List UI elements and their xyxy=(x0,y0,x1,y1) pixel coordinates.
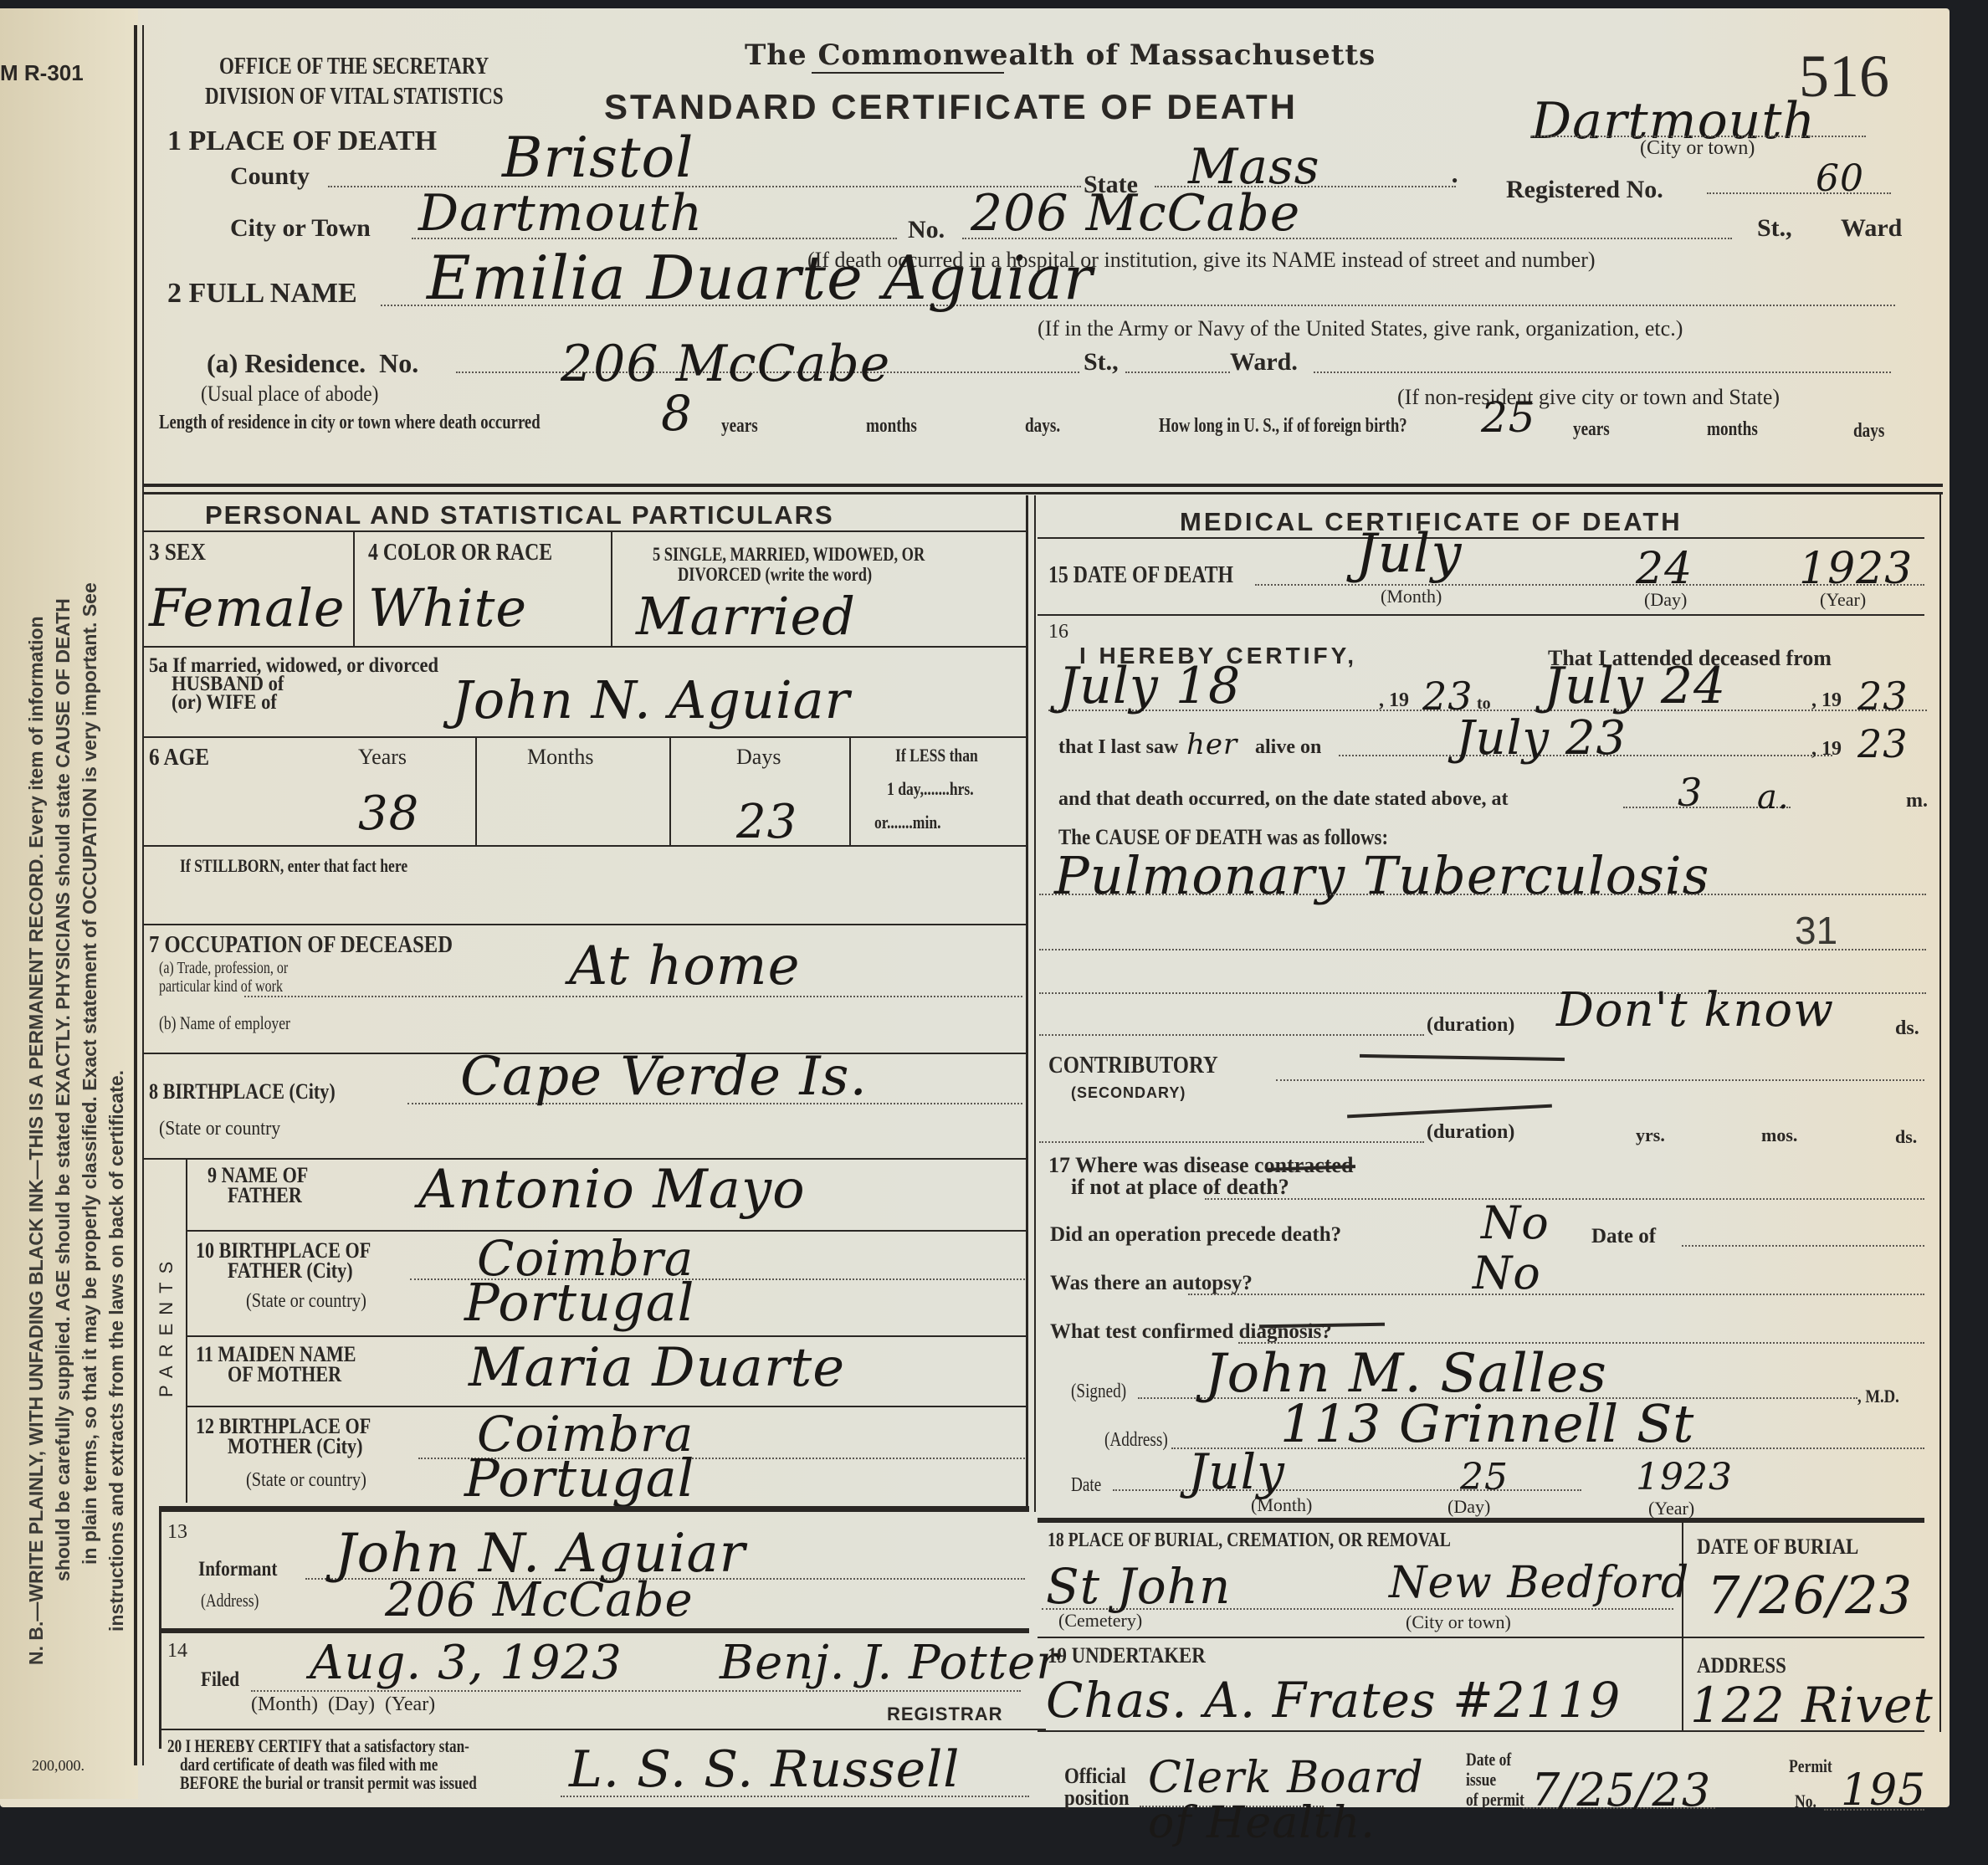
cause-of-death-value[interactable]: Pulmonary Tuberculosis xyxy=(1054,845,1709,906)
from-year-prefix: , 19 xyxy=(1379,689,1409,712)
informant-address[interactable]: 206 McCabe xyxy=(385,1573,694,1627)
father-bp-state-label: (State or country) xyxy=(246,1290,366,1313)
rule-before-20 xyxy=(159,1729,1046,1730)
street-value[interactable]: 206 McCabe xyxy=(971,184,1300,243)
permit-date-label-3: of permit xyxy=(1466,1789,1524,1811)
less-label-2: 1 day,.......hrs. xyxy=(887,778,974,800)
duration-value[interactable]: Don't know xyxy=(1556,983,1834,1038)
residence-value[interactable]: 206 McCabe xyxy=(561,335,890,393)
side-note-line4: instructions and extracts from the laws … xyxy=(105,1070,128,1632)
duration-line xyxy=(1039,1034,1424,1036)
office-line2: DIVISION OF VITAL STATISTICS xyxy=(205,84,504,110)
marital-value[interactable]: Married xyxy=(636,586,856,647)
registered-value[interactable]: 60 xyxy=(1816,157,1864,200)
sign-date-label: Date xyxy=(1071,1474,1101,1497)
permit-date-label-2: issue xyxy=(1466,1769,1496,1791)
center-divider-1 xyxy=(1026,495,1028,1512)
filed-line xyxy=(251,1690,1021,1692)
attended-to[interactable]: July 24 xyxy=(1544,657,1726,715)
certify20-line3: BEFORE the burial or transit permit was … xyxy=(180,1772,477,1794)
race-marital-divider xyxy=(611,530,612,648)
less-label-3: or.......min. xyxy=(874,812,941,833)
sign-month[interactable]: July xyxy=(1188,1443,1285,1500)
contributory-line xyxy=(1276,1079,1924,1081)
occupation-a-2: particular kind of work xyxy=(159,977,283,997)
burial-date-value[interactable]: 7/26/23 xyxy=(1707,1565,1913,1626)
mother-name-value[interactable]: Maria Duarte xyxy=(469,1337,845,1399)
death-day[interactable]: 24 xyxy=(1636,544,1693,594)
sign-year[interactable]: 1923 xyxy=(1636,1456,1733,1499)
army-note: (If in the Army or Navy of the United St… xyxy=(1038,316,1683,341)
occupation-a-1: (a) Trade, profession, or xyxy=(159,959,288,978)
sign-year-caption: (Year) xyxy=(1648,1498,1694,1519)
physician-address[interactable]: 113 Grinnell St xyxy=(1280,1393,1694,1454)
occupation-b: (b) Name of employer xyxy=(159,1012,290,1034)
border-left-outer xyxy=(134,25,137,1765)
birthplace-value[interactable]: Cape Verde Is. xyxy=(460,1046,868,1108)
county-label: County xyxy=(230,162,310,191)
cause-code: 31 xyxy=(1795,908,1837,953)
age-years-value[interactable]: 38 xyxy=(358,786,419,841)
rule-after-date xyxy=(1038,614,1924,616)
residence-st-label: St., xyxy=(1084,348,1119,377)
last-saw-year[interactable]: 23 xyxy=(1857,721,1909,766)
lower-left-border xyxy=(159,1506,161,1749)
undertaker-address-label: ADDRESS xyxy=(1697,1653,1786,1678)
center-divider-2 xyxy=(1034,495,1036,1512)
death-year[interactable]: 1923 xyxy=(1799,544,1913,594)
occupation-value[interactable]: At home xyxy=(569,935,800,997)
section-rule-bottom xyxy=(144,492,1943,494)
place-of-death-label: 1 PLACE OF DEATH xyxy=(167,126,437,157)
date-of-label: Date of xyxy=(1591,1225,1656,1248)
mother-name-label-2: OF MOTHER xyxy=(228,1362,341,1387)
burial-city-caption: (City or town) xyxy=(1406,1611,1511,1633)
operation-value[interactable]: No xyxy=(1481,1196,1550,1249)
form-number: M R-301 xyxy=(0,60,84,86)
side-note-line3: in plain terms, so that it may be proper… xyxy=(79,582,101,1565)
length-label: Length of residence in city or town wher… xyxy=(159,412,541,434)
duration2-label: (duration) xyxy=(1427,1121,1514,1144)
cause-line-1 xyxy=(1039,894,1926,895)
occurred-ampm[interactable]: a. xyxy=(1757,778,1790,817)
residence-ward-line xyxy=(1314,371,1891,373)
sign-day[interactable]: 25 xyxy=(1460,1456,1509,1499)
autopsy-label: Was there an autopsy? xyxy=(1050,1272,1253,1295)
ds2-label: ds. xyxy=(1895,1126,1917,1148)
spouse-label-3: (or) WIFE of xyxy=(172,691,277,715)
us-years-value[interactable]: 25 xyxy=(1481,393,1536,442)
age-days-value[interactable]: 23 xyxy=(736,795,797,849)
full-name-label: 2 FULL NAME xyxy=(167,278,357,310)
header-city-caption: (City or town) xyxy=(1640,137,1755,160)
us-days-label: days xyxy=(1853,420,1884,443)
father-bp-country[interactable]: Portugal xyxy=(464,1272,695,1333)
residence-label: (a) Residence. No. xyxy=(207,348,418,379)
cause-line-2 xyxy=(1039,949,1926,950)
operation-label: Did an operation precede death? xyxy=(1050,1223,1341,1247)
county-value[interactable]: Bristol xyxy=(502,126,694,190)
undertaker-label: 19 UNDERTAKER xyxy=(1048,1643,1206,1668)
age-years-label: Years xyxy=(358,745,407,770)
certificate-title: STANDARD CERTIFICATE OF DEATH xyxy=(604,87,1298,127)
rule-personal-title xyxy=(144,530,1026,532)
duration2-line xyxy=(1039,1141,1424,1143)
age-days-label: Days xyxy=(736,745,781,770)
ward-label: Ward xyxy=(1841,214,1902,243)
marital-label-2: DIVORCED (write the word) xyxy=(678,564,872,586)
side-note-line2: should be carefully supplied. AGE should… xyxy=(52,598,74,1581)
month-caption: (Month) xyxy=(1381,586,1442,607)
less-label-1: If LESS than xyxy=(895,745,978,766)
rule-before-permit xyxy=(1038,1730,1924,1732)
age-days-divider xyxy=(849,738,851,845)
age-years-divider xyxy=(475,738,477,845)
rule-before-burial xyxy=(1038,1518,1924,1523)
race-label: 4 COLOR OR RACE xyxy=(368,540,552,566)
permit-date-value[interactable]: 7/25/23 xyxy=(1531,1764,1711,1816)
race-value[interactable]: White xyxy=(368,577,527,638)
filed-num: 14 xyxy=(167,1640,187,1663)
undertaker-value[interactable]: Chas. A. Frates #2119 xyxy=(1046,1672,1621,1729)
father-bp-label-2: FATHER (City) xyxy=(228,1258,353,1283)
cemetery-caption: (Cemetery) xyxy=(1058,1610,1142,1632)
birthplace-sub: (State or country xyxy=(159,1118,280,1140)
residence-ward-label: Ward. xyxy=(1230,348,1298,377)
last-saw-date[interactable]: July 23 xyxy=(1456,711,1627,766)
nonresident-note: (If non-resident give city or town and S… xyxy=(1397,385,1780,410)
us-label: How long in U. S., if of foreign birth? xyxy=(1159,415,1407,438)
autopsy-line xyxy=(1188,1294,1924,1295)
stillborn-label: If STILLBORN, enter that fact here xyxy=(180,855,407,877)
permit-date-label-1: Date of xyxy=(1466,1749,1511,1770)
informant-label: Informant xyxy=(198,1558,277,1581)
sign-date-line xyxy=(1113,1489,1581,1491)
filed-date-value[interactable]: Aug. 3, 1923 xyxy=(310,1636,623,1690)
permit-number-value[interactable]: 195 xyxy=(1841,1765,1926,1816)
length-days-label: days. xyxy=(1025,415,1060,438)
sex-value[interactable]: Female xyxy=(149,577,346,638)
length-years-label: years xyxy=(721,415,758,438)
cemetery-value[interactable]: St John xyxy=(1046,1558,1231,1615)
burial-place-label: 18 PLACE OF BURIAL, CREMATION, OR REMOVA… xyxy=(1048,1529,1451,1552)
parents-vertical-label: PARENTS xyxy=(156,1253,177,1397)
age-months-label: Months xyxy=(527,745,593,770)
marital-label-1: 5 SINGLE, MARRIED, WIDOWED, OR xyxy=(653,544,925,566)
day-caption: (Day) xyxy=(1644,589,1687,611)
permit-label-2: No. xyxy=(1795,1791,1816,1812)
autopsy-value[interactable]: No xyxy=(1473,1247,1541,1299)
occurred-label: and that death occurred, on the date sta… xyxy=(1058,788,1509,811)
residence-sub-label: (Usual place of abode) xyxy=(201,382,378,407)
attended-from[interactable]: July 18 xyxy=(1058,657,1241,715)
filed-caption: (Month) (Day) (Year) xyxy=(251,1693,435,1716)
us-years-label: years xyxy=(1573,418,1610,441)
sign-month-caption: (Month) xyxy=(1251,1494,1312,1516)
sign-day-caption: (Day) xyxy=(1447,1496,1490,1518)
burial-city-value[interactable]: New Bedford xyxy=(1389,1558,1689,1608)
contracted-label-2: if not at place of death? xyxy=(1071,1175,1289,1200)
no-label: No. xyxy=(908,216,945,244)
rule-before-informant xyxy=(159,1506,1029,1512)
physician-address-label: (Address) xyxy=(1104,1429,1168,1452)
occurred-hour[interactable]: 3 xyxy=(1678,770,1703,815)
burial-date-label: DATE OF BURIAL xyxy=(1697,1535,1858,1560)
rule-after-stillborn xyxy=(144,924,1026,925)
mother-bp-label-2: MOTHER (City) xyxy=(228,1434,362,1459)
year-caption: (Year) xyxy=(1820,589,1866,611)
filed-label: Filed xyxy=(201,1668,239,1692)
border-left-inner xyxy=(142,25,144,1765)
mos-label: mos. xyxy=(1761,1125,1797,1146)
secondary-label: (SECONDARY) xyxy=(1071,1084,1186,1102)
commonwealth-underline xyxy=(812,72,1004,74)
parents-divider xyxy=(186,1160,187,1503)
official-label-2: position xyxy=(1064,1786,1130,1811)
rule-after-sex xyxy=(144,646,1026,648)
registrar-label: REGISTRAR xyxy=(887,1704,1003,1725)
full-name-value[interactable]: Emilia Duarte Aguiar xyxy=(427,243,1093,313)
rule-before-filed xyxy=(159,1628,1029,1633)
item-16-num: 16 xyxy=(1048,621,1068,643)
signed-label: (Signed) xyxy=(1071,1381,1126,1403)
commonwealth-title: The Commonwealth of Massachusetts xyxy=(745,38,1376,72)
duration-label: (duration) xyxy=(1427,1014,1514,1037)
rule-after-age xyxy=(144,845,1026,847)
office-line1: OFFICE OF THE SECRETARY xyxy=(219,54,489,80)
border-right xyxy=(1939,494,1941,1732)
official-value[interactable]: Clerk Board of Health. xyxy=(1148,1755,1466,1846)
bullet-dot: ● xyxy=(1452,174,1458,187)
occupation-label: 7 OCCUPATION OF DECEASED xyxy=(149,932,453,959)
print-run: 200,000. xyxy=(32,1757,85,1775)
rule-before-undertaker xyxy=(1038,1637,1924,1638)
rule-after-spouse xyxy=(144,736,1026,738)
residence-st-line xyxy=(1125,371,1230,373)
side-note-line1: N. B.—WRITE PLAINLY, WITH UNFADING BLACK… xyxy=(25,616,48,1665)
spouse-value[interactable]: John N. Aguiar xyxy=(452,669,850,730)
to-year-prefix: , 19 xyxy=(1811,689,1842,712)
length-years-value[interactable]: 8 xyxy=(661,385,693,442)
md-label: , M.D. xyxy=(1857,1386,1899,1407)
to-year[interactable]: 23 xyxy=(1857,674,1909,719)
registrar-signature[interactable]: Benj. J. Potter xyxy=(720,1636,1059,1690)
father-name-label-2: FATHER xyxy=(228,1183,302,1208)
personal-section-title: PERSONAL AND STATISTICAL PARTICULARS xyxy=(205,500,834,530)
section-rule-top xyxy=(144,484,1943,487)
sex-label: 3 SEX xyxy=(149,540,206,566)
father-name-value[interactable]: Antonio Mayo xyxy=(418,1159,806,1221)
city-value[interactable]: Dartmouth xyxy=(418,184,703,243)
occurred-m: m. xyxy=(1906,790,1928,812)
birthplace-label: 8 BIRTHPLACE (City) xyxy=(149,1079,336,1104)
last-saw-year-prefix: , 19 xyxy=(1811,738,1842,761)
death-month[interactable]: July xyxy=(1355,523,1463,585)
length-months-label: months xyxy=(866,415,917,438)
us-months-label: months xyxy=(1707,418,1758,441)
operation-date-line xyxy=(1682,1245,1924,1247)
rule-medical-title xyxy=(1038,537,1924,539)
mother-bp-state-label: (State or country) xyxy=(246,1469,366,1492)
permit-label-1: Permit xyxy=(1789,1755,1832,1777)
duration-ds: ds. xyxy=(1895,1017,1919,1040)
informant-address-label: (Address) xyxy=(201,1590,259,1611)
last-saw-label: that I last saw xyxy=(1058,736,1178,759)
age-months-divider xyxy=(669,738,671,845)
certify20-signature[interactable]: L. S. S. Russell xyxy=(569,1740,961,1799)
burial-divider xyxy=(1682,1523,1683,1732)
undertaker-address-value[interactable]: 122 Rivet xyxy=(1690,1677,1934,1734)
contracted-line xyxy=(1205,1198,1924,1200)
informant-num: 13 xyxy=(167,1521,187,1544)
city-label: City or Town xyxy=(230,214,371,243)
alive-on-label: alive on xyxy=(1255,736,1321,759)
st-label: St., xyxy=(1757,214,1792,243)
age-label: 6 AGE xyxy=(149,745,209,771)
registered-label: Registered No. xyxy=(1506,176,1663,204)
yrs-label: yrs. xyxy=(1636,1125,1665,1146)
last-saw-pronoun[interactable]: her xyxy=(1186,728,1237,761)
sex-race-divider xyxy=(353,530,355,648)
date-of-death-label: 15 DATE OF DEATH xyxy=(1048,562,1233,589)
mother-bp-country[interactable]: Portugal xyxy=(464,1447,695,1509)
contributory-label: CONTRIBUTORY xyxy=(1048,1053,1218,1079)
